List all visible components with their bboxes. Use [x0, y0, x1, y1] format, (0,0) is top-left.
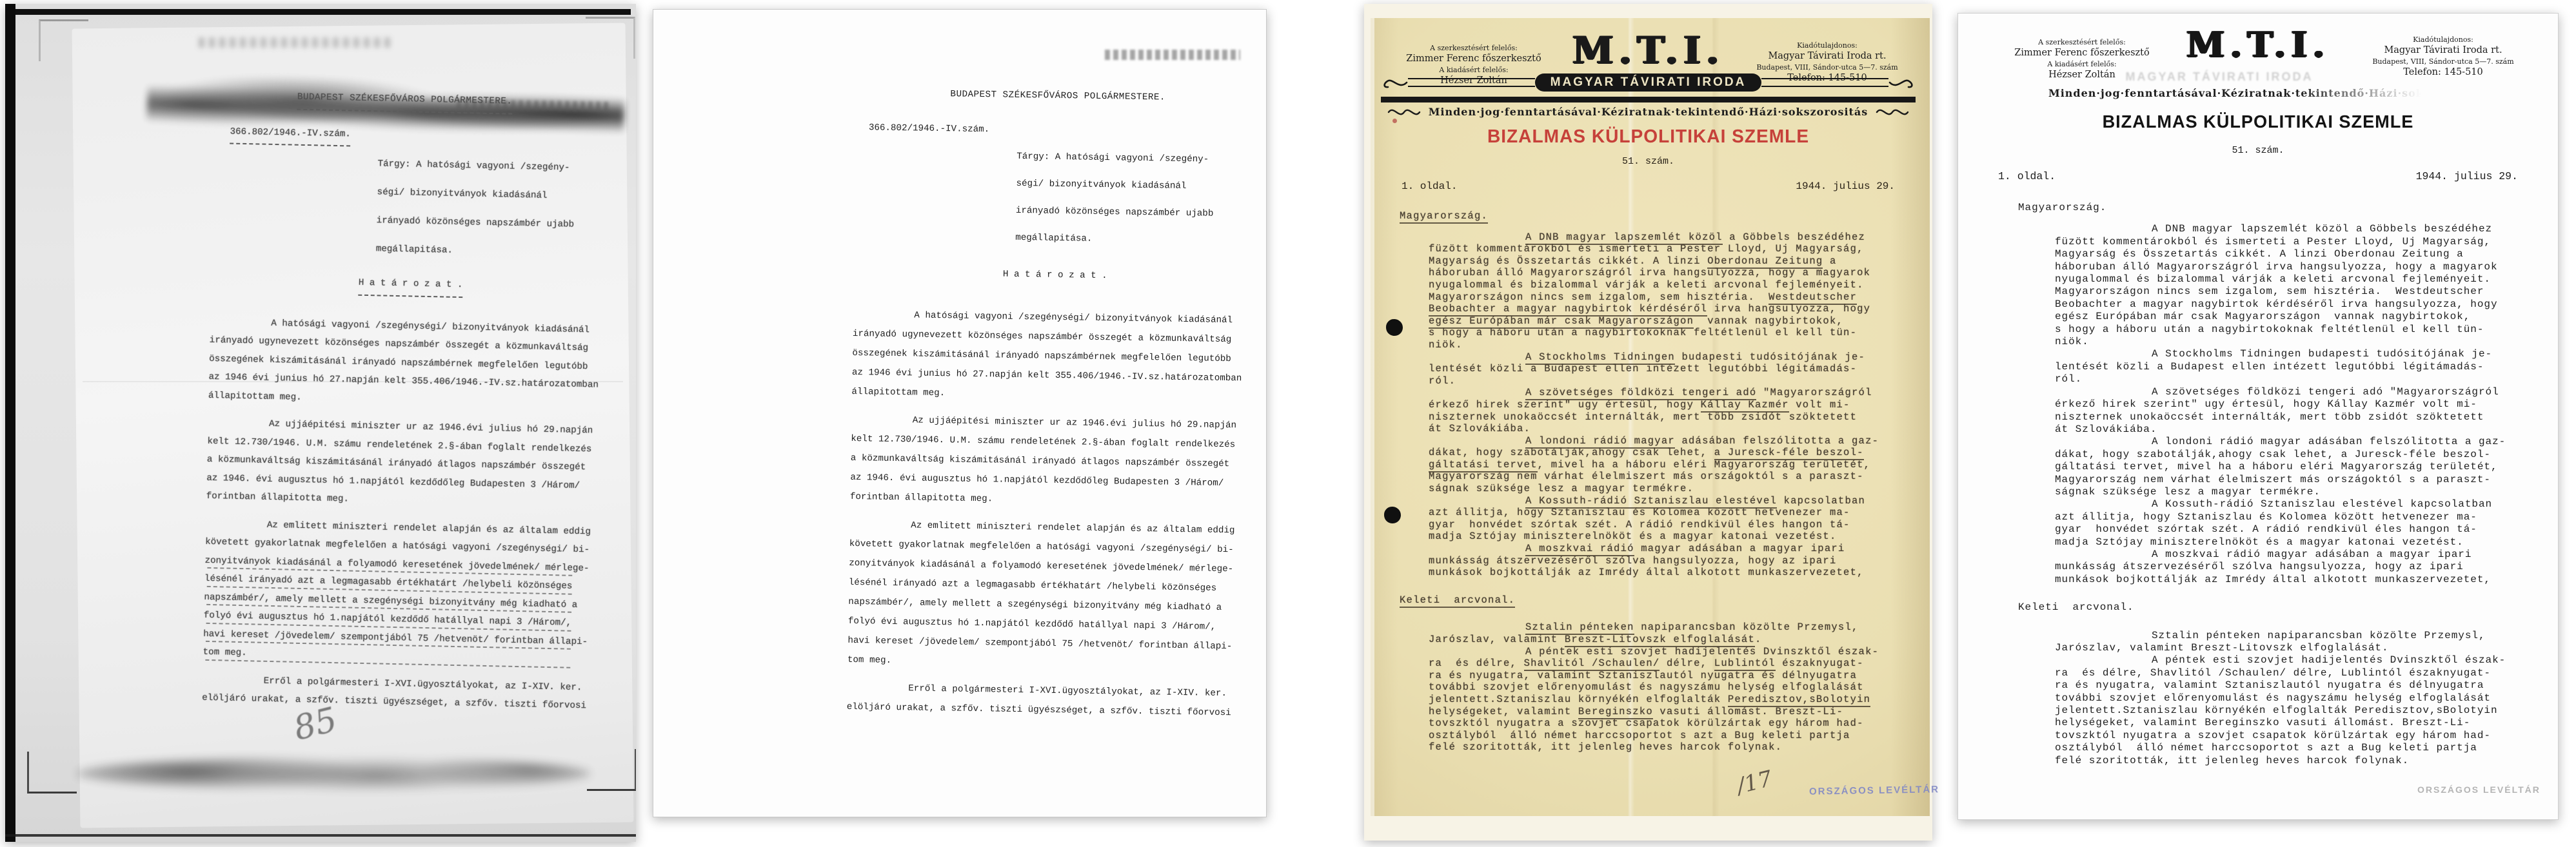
faint-header-smudge — [1105, 50, 1240, 60]
text-segment: ségi/ bizonyitványok kiadásánál — [377, 187, 547, 201]
text-line: irányadó közönséges napszámbér ujabb — [376, 213, 611, 234]
text-line: ságnak szüksége lesz a magyar termékre. — [1429, 483, 1909, 495]
text-line: át Szlovákiába. — [1429, 423, 1909, 435]
owner-address: Budapest, VIII, Sándor-utca 5—7. szám — [2359, 57, 2527, 66]
motto-row: Minden·jog·fenntartásával·Kéziratnak·tek… — [1364, 106, 1932, 118]
text-segment: egész Európában már csak Magyarországon … — [2055, 311, 2470, 322]
text-line: érkező hirek szerint" ugy értesül, hogy … — [1429, 399, 1909, 411]
text-segment: Jarószlav, valamint Breszt-Litovszk elfo… — [2055, 642, 2389, 654]
text-segment: irányadó közönséges napszámbér ujabb — [1016, 206, 1214, 219]
text-line: megállapitása. — [375, 241, 611, 262]
text-line: Keleti arcvonal. — [2018, 601, 2545, 614]
text-segment: háboruban álló Magyarországról irva hang… — [1429, 267, 1870, 278]
text-segment: ra és délre, — [1429, 657, 1524, 669]
text-line: át Szlovákiába. — [2055, 424, 2545, 436]
text-segment: jelentett.Sztaniszlau környékén elfoglal… — [2055, 705, 2498, 716]
text-line: munkások bojkottálják az Imrédy által al… — [2055, 574, 2545, 586]
text-segment: ról. — [1429, 375, 1456, 387]
text-line: niök. — [2055, 336, 2545, 348]
text-line: A szövetséges földközi tengeri adó "Magy… — [2055, 386, 2545, 398]
text-segment: a közmunkaváltság kiszámitásánál irányad… — [851, 453, 1230, 469]
text-segment: s hogy a háboru után a nagybirtokoknak f… — [2055, 324, 2484, 335]
text-line: ságnak szüksége lesz a magyar termékre. — [2055, 486, 2545, 498]
body-text: Magyarország.A DNB magyar lapszemlét köz… — [2055, 202, 2545, 767]
text-segment: érkező hirek szerint" ugy értesül, hogy — [1429, 399, 1701, 411]
scan-smudge — [199, 37, 392, 48]
text-line: ra és délre, Shavlitól /Schaulen/ délre,… — [1429, 657, 1909, 670]
document-title: BUDAPEST SZÉKESFŐVÁROS POLGÁRMESTERE. — [857, 83, 1260, 109]
text-segment: háboruban álló Magyarországról irva hang… — [2055, 261, 2498, 273]
text-line: Tárgy: A hatósági vagyoni /szegény- — [1016, 149, 1258, 168]
text-segment: azt állitja, hogy Sztaniszlau és Kolomea… — [2055, 511, 2477, 523]
text-line: Jarószlav, valamint Breszt-Litovszk elfo… — [1429, 634, 1909, 646]
text-line: ra és nyugatra, valamint Sztaniszlautól … — [1429, 670, 1909, 682]
motto-fade-overlay — [2294, 83, 2526, 104]
subject-block: Tárgy: A hatósági vagyoni /szegény-ségi/… — [375, 156, 613, 262]
text-segment: ra és nyugatra, valamint Sztaniszlautól … — [2055, 679, 2484, 691]
text-segment: elöljáró urakat, a szfőv. tiszti ügyészs… — [202, 693, 586, 711]
text-line: további szovjet előrenyomulást és nagysz… — [1429, 681, 1909, 694]
text-segment: dákat, hogy szabotálják,ahogy csak lehet… — [1429, 447, 1714, 458]
text-line: A Stockholms Tidningen budapesti tudósit… — [1429, 351, 1909, 364]
text-line: Magyarországon nincs sem izgalom, sem hi… — [1429, 291, 1909, 304]
text-line: ségi/ bizonyitványok kiadásánál — [1016, 176, 1258, 195]
text-line: Jarószlav, valamint Breszt-Litovszk elfo… — [2055, 642, 2545, 654]
text-segment: Magyarországon nincs sem izgalom, sem hi… — [1429, 291, 1769, 303]
decision-heading: H a t á r o z a t . — [210, 271, 611, 300]
body-text: A hatósági vagyoni /szegénységi/ bizonyi… — [202, 313, 610, 716]
text-line: A Kossuth-rádió Sztaniszlau elestével ka… — [2055, 498, 2545, 511]
text-segment: az 1946. évi augusztus hó 1.napjától kez… — [850, 472, 1224, 489]
text-line: munkásság átszervezéséről szólva hangsul… — [2055, 561, 2545, 573]
text-segment: munkások bojkottálják az Imrédy által al… — [1429, 567, 1864, 578]
text-segment: Keleti arcvonal. — [2018, 601, 2134, 613]
text-line: Magyarság és Összetartás cikkét. A linzi… — [2055, 248, 2545, 260]
text-line: ra és délre, Shavlitól /Schaulen/ délre,… — [2055, 667, 2545, 679]
text-segment: érkező hirek szerint" ugy értesül, hogy … — [2055, 398, 2477, 410]
page-and-date-row: 1. oldal. 1944. julius 29. — [1402, 180, 1895, 192]
text-segment: Az emlitett miniszteri rendelet alapján … — [911, 520, 1235, 536]
text-line: egész Európában már csak Magyarországon … — [1429, 315, 1909, 327]
document-scan-sepia-mti-bulletin: A szerkesztésért felelős: Zimmer Ferenc … — [1364, 4, 1932, 841]
film-edge-strip — [5, 4, 15, 842]
document-text: BUDAPEST SZÉKESFŐVÁROS POLGÁRMESTERE. 36… — [847, 83, 1260, 723]
confidential-review-title: BIZALMAS KÜLPOLITIKAI SZEMLE — [1372, 126, 1924, 148]
text-segment: füzött kommentárokból és ismerteti a Pes… — [2055, 236, 2491, 248]
text-segment: Jarószlav, valamint — [1429, 634, 1565, 645]
document-date: 1944. julius 29. — [1796, 180, 1895, 192]
text-segment: s hogy a háboru után a nagybirtokoknak f… — [1429, 327, 1857, 338]
issue-number: 51. szám. — [1958, 145, 2558, 156]
text-segment: A péntek esti szovjet hadijelentés Dvins… — [1525, 646, 1879, 657]
document-text: BUDAPEST SZÉKESFŐVÁROS POLGÁRMESTERE. 36… — [202, 86, 615, 716]
text-line: jelentett.Sztaniszlau környékén elfoglal… — [2055, 705, 2545, 717]
text-segment: A londoni rádió magyar adásában felszóli… — [2152, 436, 2506, 447]
swirl-right-icon — [1876, 107, 1909, 117]
text-segment: madja Sztójay miniszterelnököt és a magy… — [2055, 536, 2464, 548]
text-line: A Stockholms Tidningen budapesti tudósit… — [2055, 348, 2545, 360]
owner-label: Kiadótulajdonos: — [1747, 41, 1908, 50]
text-segment: "Magyarországról — [1756, 387, 1872, 398]
text-segment: ságnak szüksége lesz a magyar termékre. — [2055, 486, 2321, 498]
text-segment: munkásság átszervezéséről szólva hangsul… — [1429, 555, 1837, 567]
text-line: s hogy a háboru után a nagybirtokoknak f… — [2055, 324, 2545, 336]
text-segment: ségi/ bizonyitványok kiadásánál — [1016, 179, 1186, 191]
text-line: gyar honvédet szórtak szét. A rádió rend… — [1429, 519, 1909, 531]
text-line: felé szoritották, itt jelenleg heves har… — [1429, 741, 1909, 754]
text-segment: napiparancsban közölte Przemysl, — [1634, 621, 1859, 633]
text-segment: nyugalommal és bizalommal várják a kelet… — [1429, 279, 1864, 291]
text-segment: lentését közli a Budapest ellen intézett… — [2055, 361, 2484, 373]
text-segment: gyar honvédet szórtak szét. A rádió rend… — [2055, 523, 2477, 535]
text-line: A DNB magyar lapszemlét közöl a Göbbels … — [1429, 231, 1909, 244]
text-segment: ra és délre, Shavlitól /Schaulen/ délre,… — [2055, 667, 2491, 679]
text-line: Magyarország nem várhat élelmiszert más … — [2055, 474, 2545, 486]
masthead-rule — [1381, 97, 1916, 102]
text-segment: forintban állapitotta meg. — [850, 492, 993, 504]
text-segment: budapesti tudósitójának je- — [1675, 351, 1865, 363]
text-segment: forintban állapitotta meg. — [206, 491, 350, 505]
text-line: Sztalin pénteken napiparancsban közölte … — [2055, 630, 2545, 642]
text-segment: gáltatási tervet, mivel ha a háboru elér… — [2055, 461, 2498, 472]
text-segment: Magyarország. — [2018, 202, 2106, 213]
text-line: niszternek unokaöccsét internálták, mert… — [2055, 411, 2545, 424]
text-segment: lésénél irányadó azt a legmagasabb érték… — [849, 578, 1217, 594]
text-segment: összegének kiszámitásánál irányadó napsz… — [852, 348, 1231, 364]
text-segment: A péntek esti szovjet hadijelentés Dvins… — [2152, 654, 2506, 666]
document-scan-photo-budapest-decree: BUDAPEST SZÉKESFŐVÁROS POLGÁRMESTERE. 36… — [5, 4, 636, 842]
text-line: háboruban álló Magyarországról irva hang… — [1429, 267, 1909, 279]
text-segment: Tárgy: A hatósági vagyoni /szegény- — [1016, 151, 1209, 165]
text-segment: osztályból álló német harccsoportot s az… — [2055, 742, 2477, 754]
text-segment: irva hangsulyozza, hogy — [1707, 303, 1870, 315]
text-segment: át Szlovákiába. — [2055, 424, 2157, 435]
text-segment: magyar adásában a magyar ipari — [1634, 543, 1845, 554]
text-segment: állapitottam meg. — [208, 390, 302, 402]
text-segment: zonyitványok kiadásánál a folyamodó kere… — [849, 558, 1233, 574]
text-line: azt állitja, hogy Sztaniszlau és Kolomea… — [2055, 511, 2545, 523]
text-line: irányadó közönséges napszámbér ujabb — [1016, 203, 1258, 222]
text-segment: lentését közli a Budapest ellen intézett… — [1429, 363, 1857, 375]
owner-name: Magyar Távirati Iroda rt. — [2359, 45, 2527, 55]
text-line: érkező hirek szerint" ugy értesül, hogy … — [2055, 398, 2545, 411]
text-segment: adásában felszólitotta a gaz- — [1675, 435, 1879, 447]
banner-rule — [1408, 78, 1535, 87]
text-segment: A hatósági vagyoni /szegénységi/ bizonyi… — [914, 310, 1233, 326]
text-segment: osztályból álló német harccsoportot s az… — [1429, 730, 1850, 741]
text-segment: tovszktól nyugatra a szovjet csapatok kö… — [1429, 717, 1864, 729]
text-line: Magyarországon nincs sem izgalom, sem hi… — [2055, 286, 2545, 298]
faded-banner-title: MAGYAR TÁVIRATI IRODA — [1958, 70, 2481, 84]
text-line: gáltatási tervet, mivel ha a háboru elér… — [2055, 461, 2545, 473]
text-line: füzött kommentárokból és ismerteti a Pes… — [1429, 243, 1909, 255]
text-line: madja Sztójay miniszterelnököt és a magy… — [2055, 536, 2545, 549]
text-segment: Az ujjáépitési miniszter ur az 1946.évi … — [269, 419, 593, 436]
text-segment: volt mi- — [1789, 399, 1850, 411]
text-line: Tárgy: A hatósági vagyoni /szegény- — [377, 156, 613, 177]
reference-number: 366.802/1946.-IV.szám. — [869, 118, 1259, 143]
text-segment: további szovjet előrenyomulást és nagysz… — [2055, 692, 2491, 704]
film-edge-topbar — [15, 9, 631, 15]
text-line: további szovjet előrenyomulást és nagysz… — [2055, 692, 2545, 705]
text-segment: kelt 12.730/1946. U.M. számu rendeleténe… — [851, 434, 1235, 450]
text-line: munkások bojkottálják az Imrédy által al… — [1429, 567, 1909, 579]
page-and-date-row: 1. oldal. 1944. julius 29. — [1998, 170, 2518, 182]
text-segment: elöljáró urakat, a szfőv. tiszti ügyészs… — [847, 702, 1231, 718]
text-segment: niök. — [1429, 339, 1463, 351]
text-segment: délre, — [1660, 657, 1714, 669]
text-segment: tovszktól nyugatra a szovjet csapatok kö… — [2055, 730, 2491, 741]
text-segment: A moszkvai rádió magyar adásában a magya… — [2152, 549, 2472, 560]
text-line: osztályból álló német harccsoportot s az… — [1429, 730, 1909, 742]
archive-stamp: ORSZÁGOS LEVÉLTÁR — [1809, 784, 1939, 797]
text-line: megállapitása. — [1015, 230, 1257, 249]
text-segment: helységeket, valamint Bereginszko vasuti… — [2055, 717, 2470, 728]
corner-mark — [586, 17, 635, 59]
text-line: tovszktól nyugatra a szovjet csapatok kö… — [2055, 730, 2545, 742]
text-segment: az 1946 évi junius hó 27.napján kelt 355… — [852, 367, 1242, 384]
text-segment: felé szoritották, itt jelenleg heves har… — [2055, 755, 2409, 766]
text-line: Magyarság és Összetartás cikkét. A linzi… — [1429, 255, 1909, 268]
text-segment: folyó évi augusztus hó 1.napjától kezdőd… — [848, 616, 1216, 632]
text-segment: Az ujjáépitési miniszter ur az 1946.évi … — [913, 415, 1237, 431]
page-number: 1. oldal. — [1402, 180, 1457, 192]
text-segment: munkások bojkottálják az Imrédy által al… — [2055, 574, 2491, 585]
text-line: dákat, hogy szabotálják,ahogy csak lehet… — [2055, 449, 2545, 461]
confidential-review-title: BIZALMAS KÜLPOLITIKAI SZEMLE — [1967, 112, 2549, 132]
text-segment: niök. — [2055, 336, 2089, 347]
text-segment: füzött kommentárokból és ismerteti a Pes… — [1429, 243, 1864, 255]
text-segment: a Göbbels beszédéhez — [1723, 231, 1865, 243]
text-segment: Erről a polgármesteri I-XVI.ügyosztályok… — [908, 683, 1227, 699]
underlined-phrase: Magyarország. — [1400, 210, 1488, 224]
text-segment: Magyarországon nincs sem izgalom, sem hi… — [2055, 286, 2484, 297]
text-line: nyugalommal és bizalommal várják a kelet… — [2055, 273, 2545, 286]
text-line: madja Sztójay miniszterelnököt és a magy… — [1429, 531, 1909, 543]
text-line: jelentett.Sztaniszlau környékén elfoglal… — [1429, 694, 1909, 706]
text-line: A Kossuth-rádió Sztaniszlau elestével ka… — [1429, 495, 1909, 507]
text-segment: tom meg. — [847, 655, 891, 666]
text-line: lentését közli a Budapest ellen intézett… — [2055, 361, 2545, 373]
corner-mark — [27, 752, 77, 793]
text-line: munkásság átszervezéséről szólva hangsul… — [1429, 555, 1909, 567]
motto-text: Minden·jog·fenntartásával·Kéziratnak·tek… — [1429, 106, 1868, 118]
owner-name: Magyar Távirati Iroda rt. — [1747, 51, 1908, 61]
text-segment: gyar honvédet szórtak szét. A rádió rend… — [1429, 519, 1850, 531]
text-line: dákat, hogy szabotálják,ahogy csak lehet… — [1429, 447, 1909, 459]
text-line: helységeket, valamint Bereginszko vasuti… — [1429, 706, 1909, 718]
text-segment: a — [1823, 255, 1836, 267]
subject-block: Tárgy: A hatósági vagyoni /szegény-ségi/… — [1015, 149, 1258, 249]
decision-heading: H a t á r o z a t . — [853, 262, 1256, 288]
red-ink-dot — [1392, 119, 1397, 123]
text-line: niök. — [1429, 339, 1909, 351]
text-line: Beobachter a magyar nagybirtok kérdésérő… — [2055, 298, 2545, 311]
flourish-left-icon — [1382, 76, 1408, 89]
text-line: nyugalommal és bizalommal várják a kelet… — [1429, 279, 1909, 291]
text-segment: , mivel ha a háboru eléri Magyarország t… — [1538, 459, 1871, 471]
text-segment: A DNB magyar lapszemlét közöl a Göbbels … — [2152, 223, 2492, 235]
page-number: 1. oldal. — [1998, 170, 2056, 182]
swirl-left-icon — [1387, 107, 1421, 117]
corner-mark — [587, 749, 636, 791]
text-line: A londoni rádió magyar adásában felszóli… — [2055, 436, 2545, 448]
text-line: ségi/ bizonyitványok kiadásánál — [377, 184, 612, 206]
body-text: Magyarország.A DNB magyar lapszemlét köz… — [1429, 210, 1909, 754]
text-line: gáltatási tervet, mivel ha a háboru elér… — [1429, 459, 1909, 471]
text-segment: állapitottam meg. — [851, 387, 945, 398]
document-date: 1944. julius 29. — [2416, 170, 2518, 182]
text-line: felé szoritották, itt jelenleg heves har… — [2055, 755, 2545, 767]
text-segment: Beobachter a magyar nagybirtok kérdésérő… — [2055, 298, 2498, 310]
text-segment: irányadó ugynevezett közönséges napszámb… — [853, 329, 1232, 345]
paper-curl-shadow — [76, 757, 591, 790]
text-line: Beobachter a magyar nagybirtok kérdésérő… — [1429, 303, 1909, 315]
body-text: A hatósági vagyoni /szegénységi/ bizonyi… — [847, 305, 1256, 723]
text-line: ról. — [2055, 373, 2545, 385]
text-segment: irányadó közönséges napszámbér ujabb — [377, 215, 575, 229]
text-segment: A Stockholms Tidningen budapesti tudósit… — [2152, 348, 2492, 360]
text-line: ról. — [1429, 375, 1909, 387]
text-segment: niszternek unokaöccsét internálták, mert… — [2055, 411, 2484, 423]
text-line: ra és nyugatra, valamint Sztaniszlautól … — [2055, 679, 2545, 692]
flourish-right-icon — [1888, 76, 1914, 89]
text-line: A moszkvai rádió magyar adásában a magya… — [1429, 543, 1909, 555]
document-cleaned-budapest-decree: BUDAPEST SZÉKESFŐVÁROS POLGÁRMESTERE. 36… — [653, 9, 1267, 817]
text-line: Magyarország. — [1400, 210, 1909, 222]
text-segment: Erről a polgármesteri I-XVI.ügyosztályok… — [264, 676, 582, 692]
text-segment: tom meg. — [203, 647, 246, 658]
text-segment: A szövetséges földközi tengeri adó "Magy… — [2152, 386, 2499, 398]
text-line: lentését közli a Budapest ellen intézett… — [1429, 363, 1909, 375]
text-segment: kapcsolatban — [1777, 495, 1865, 507]
corner-mark — [39, 19, 88, 61]
text-segment: Magyarország nem várhat élelmiszert más … — [1429, 471, 1864, 482]
text-segment: ról. — [2055, 373, 2082, 385]
reference-number: 366.802/1946.-IV.szám. — [230, 122, 614, 152]
text-line: s hogy a háboru után a nagybirtokoknak f… — [1429, 327, 1909, 339]
text-segment: Tárgy: A hatósági vagyoni /szegény- — [377, 159, 570, 173]
text-line: helységeket, valamint Bereginszko vasuti… — [2055, 717, 2545, 729]
owner-label: Kiadótulajdonos: — [2359, 35, 2527, 44]
text-segment: madja Sztójay miniszterelnököt és a magy… — [1429, 531, 1837, 542]
text-segment: megállapitása. — [376, 244, 453, 255]
banner-row: MAGYAR TÁVIRATI IRODA — [1382, 72, 1914, 93]
text-line: háboruban álló Magyarországról irva hang… — [2055, 261, 2545, 273]
text-segment: ságnak szüksége lesz a magyar termékre. — [1429, 483, 1694, 494]
text-line: A londoni rádió magyar adásában felszóli… — [1429, 435, 1909, 447]
text-line: A péntek esti szovjet hadijelentés Dvins… — [1429, 646, 1909, 658]
text-segment: niszternek unokaöccsét internálták, mert… — [1429, 411, 1857, 423]
banner-title: MAGYAR TÁVIRATI IRODA — [1535, 73, 1762, 92]
text-segment: ra és nyugatra, valamint Sztaniszlautól … — [1429, 670, 1857, 681]
text-segment: helységeket, valamint — [1429, 706, 1578, 717]
hole-punch-bottom — [1384, 507, 1401, 523]
text-segment: további szovjet előrenyomulást és nagysz… — [1429, 681, 1864, 693]
text-line: osztályból álló német harccsoportot s az… — [2055, 742, 2545, 754]
text-line: Magyarország nem várhat élelmiszert más … — [1429, 471, 1909, 483]
text-segment: felé szoritották, itt jelenleg heves har… — [1429, 741, 1782, 753]
text-line: azt állitja, hogy Sztaniszlau és Kolomea… — [1429, 507, 1909, 519]
text-line: A szövetséges földközi tengeri adó "Magy… — [1429, 387, 1909, 399]
text-line: füzött kommentárokból és ismerteti a Pes… — [2055, 236, 2545, 248]
owner-address: Budapest, VIII, Sándor-utca 5—7. szám — [1747, 63, 1908, 72]
text-line: tovszktól nyugatra a szovjet csapatok kö… — [1429, 717, 1909, 730]
text-segment: vannak nagybirtokok, — [1694, 315, 1843, 327]
text-segment: megállapitása. — [1015, 233, 1092, 244]
text-segment: nyugalommal és bizalommal várják a kelet… — [2055, 273, 2491, 285]
text-segment: vasuti állomást. Breszt-Li- — [1653, 706, 1843, 717]
text-segment: Magyarország nem várhat élelmiszert más … — [2055, 474, 2491, 485]
document-cleaned-mti-bulletin: A szerkesztésért felelős: Zimmer Ferenc … — [1957, 13, 2559, 820]
text-segment: napszámbér/, amely mellett a szegénységi… — [848, 597, 1222, 613]
text-segment: azt állitja, hogy Sztaniszlau és Kolomea… — [1429, 507, 1850, 518]
text-line: A moszkvai rádió magyar adásában a magya… — [2055, 549, 2545, 561]
text-line: Magyarország. — [2018, 202, 2545, 214]
underlined-phrase: Keleti arcvonal. — [1400, 594, 1515, 608]
text-segment: Magyarság és Összetartás cikkét. A linzi — [1429, 255, 1707, 267]
hole-punch-top — [1386, 319, 1403, 336]
banner-rule — [1761, 78, 1888, 87]
text-segment: A hatósági vagyoni /szegénységi/ bizonyi… — [271, 318, 590, 335]
text-line: Keleti arcvonal. — [1400, 594, 1909, 607]
text-segment: Sztalin pénteken napiparancsban közölte … — [2152, 630, 2486, 641]
text-segment: északnyugat- — [1776, 657, 1864, 669]
text-line: gyar honvédet szórtak szét. A rádió rend… — [2055, 523, 2545, 536]
text-segment: át Szlovákiába. — [1429, 423, 1531, 434]
text-segment: dákat, hogy szabotálják,ahogy csak lehet… — [2055, 449, 2491, 460]
text-segment: A Kossuth-rádió Sztaniszlau elestével ka… — [2152, 498, 2492, 510]
text-line: A péntek esti szovjet hadijelentés Dvins… — [2055, 654, 2545, 667]
text-line: niszternek unokaöccsét internálták, mert… — [1429, 411, 1909, 424]
text-segment: követett gyakorlatnak megfelelően a ható… — [849, 539, 1234, 555]
text-segment: . — [1755, 634, 1762, 645]
text-line: Sztalin pénteken napiparancsban közölte … — [1429, 621, 1909, 634]
text-segment: jelentett.Sztaniszlau környékén elfoglal… — [1429, 694, 1728, 705]
photo-bottom-edge — [5, 834, 636, 837]
text-segment: havi kereset /jövedelem/ szempontjából 7… — [847, 636, 1232, 652]
archive-stamp: ORSZÁGOS LEVÉLTÁR — [2417, 784, 2541, 795]
text-line: A DNB magyar lapszemlét közöl a Göbbels … — [2055, 223, 2545, 235]
text-segment: Az emlitett miniszteri rendelet alapján … — [267, 520, 591, 537]
text-segment: munkásság átszervezéséről szólva hangsul… — [2055, 561, 2464, 572]
text-segment: Magyarság és Összetartás cikkét. A linzi… — [2055, 248, 2464, 260]
issue-number: 51. szám. — [1364, 156, 1932, 167]
text-line: egész Európában már csak Magyarországon … — [2055, 311, 2545, 323]
